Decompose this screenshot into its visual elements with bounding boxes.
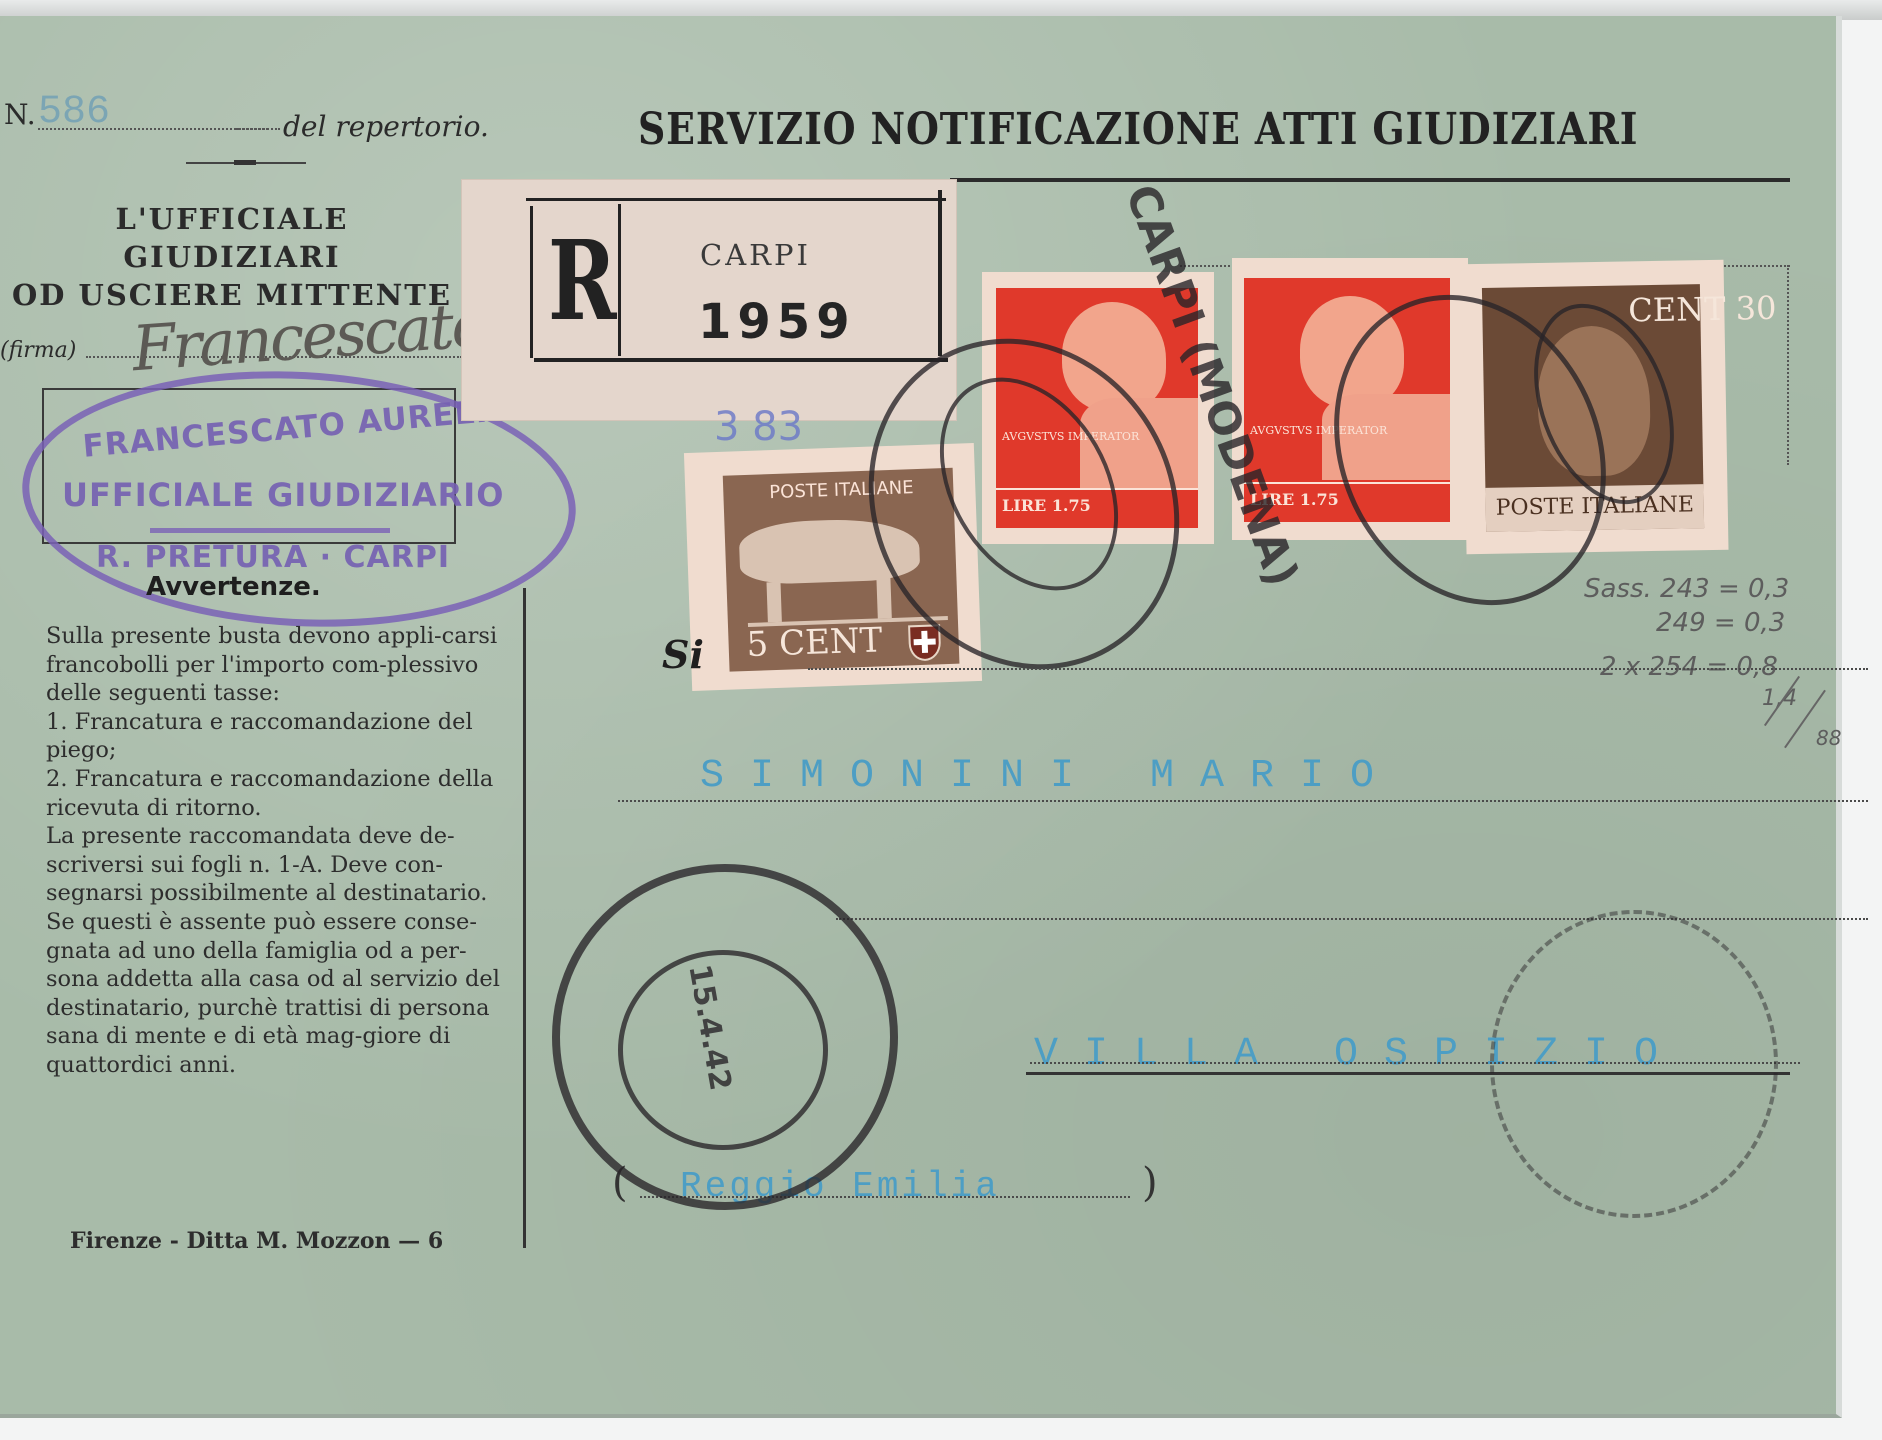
stamp-value: 5 CENT [746, 620, 883, 665]
notice-paragraph: La presente raccomandata deve de-scriver… [10, 822, 510, 1079]
firma-label: (firma) [0, 338, 76, 363]
notice-paragraph: Sulla presente busta devono appli-carsi … [10, 622, 510, 708]
handstamp-role: UFFICIALE GIUDIZIARIO [62, 476, 504, 514]
notice-title: Avvertenze. [146, 572, 321, 602]
notice-divider [523, 588, 526, 1248]
address-dotted-line-2 [618, 800, 1868, 802]
notice-paragraph: 1. Francatura e raccomandazione del pieg… [10, 708, 510, 765]
repertory-prefix: N. [4, 98, 36, 131]
stamp-value: CENT 30 [1628, 289, 1777, 330]
address-dotted-line-1 [808, 668, 1868, 670]
addressee-name: SIMONINI MARIO [700, 754, 1400, 799]
blue-pencil-note: 3 83 [714, 404, 803, 450]
sender-title-line1: L'UFFICIALE GIUDIZIARI [6, 200, 458, 276]
notice-paragraph: 2. Francatura e raccomandazione della ri… [10, 765, 510, 822]
pencil-catalog-line: 249 = 0,3 [1656, 608, 1785, 638]
registration-frame [526, 198, 946, 201]
province-close-paren: ) [1142, 1160, 1158, 1206]
handstamp-court: R. PRETURA · CARPI [96, 540, 450, 575]
repertory-label: del repertorio. [283, 110, 489, 143]
registration-number: 1959 [698, 294, 856, 350]
ornament-divider [186, 162, 306, 164]
document-title: SERVIZIO NOTIFICAZIONE ATTI GIUDIZIARI [638, 104, 1638, 155]
salutation: Si [662, 632, 704, 677]
pencil-catalog-line: Sass. 243 = 0,3 [1584, 574, 1789, 604]
pencil-total: 1,4 [1762, 686, 1797, 711]
registration-frame [618, 204, 621, 356]
repertory-dotted-line-2 [236, 128, 280, 130]
pencil-catalog-line: 2 x 254 = 0,8 [1600, 652, 1778, 682]
registration-office: CARPI [700, 238, 811, 272]
faint-postmark [1490, 910, 1778, 1218]
notice-text: Sulla presente busta devono appli-carsi … [10, 622, 510, 1080]
title-rule [950, 178, 1790, 182]
registration-frame [534, 358, 948, 362]
she-wolf-leg-icon [766, 582, 781, 622]
registration-letter: R [548, 226, 617, 336]
she-wolf-leg-icon [876, 578, 891, 618]
pencil-ref: 88 [1816, 726, 1841, 750]
stamp-area-dotted-border-right [1787, 265, 1789, 465]
printer-imprint: Firenze - Ditta M. Mozzon — 6 [70, 1228, 443, 1254]
address-dotted-line-3 [836, 918, 1868, 920]
registration-frame [938, 190, 942, 356]
handstamp-rule [150, 528, 390, 533]
registration-frame [530, 206, 533, 358]
repertory-dotted-line [38, 128, 268, 130]
